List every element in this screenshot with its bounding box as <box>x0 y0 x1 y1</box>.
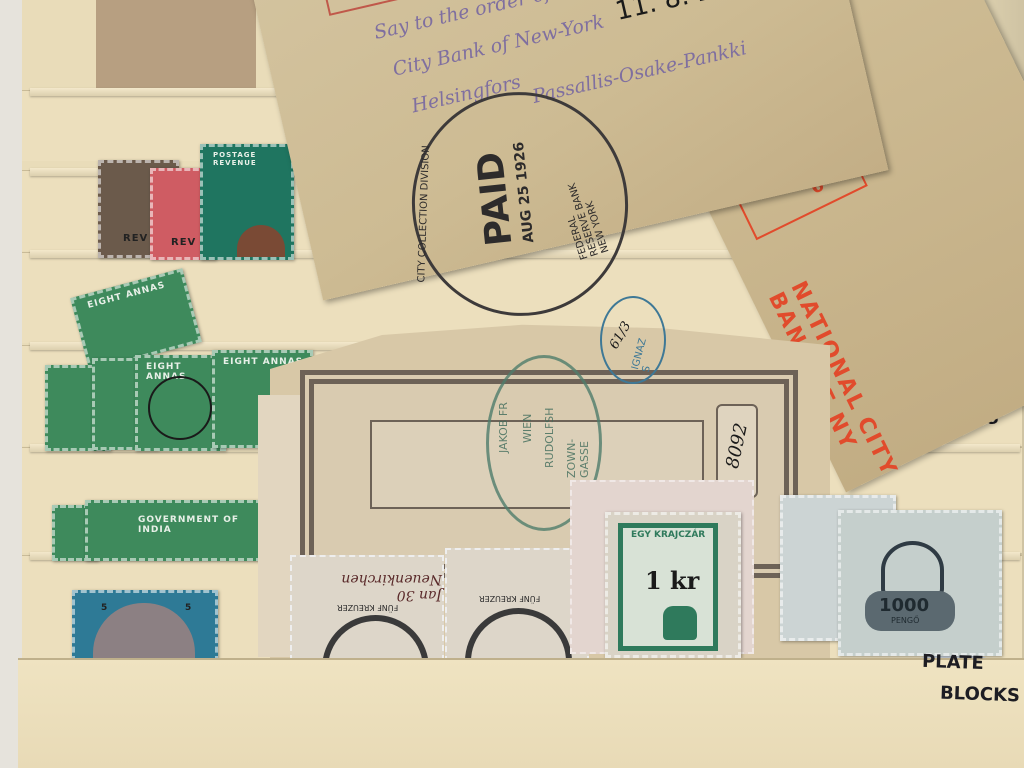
ignaz-oval-stamp: IGNAZ S 61/3 <box>600 296 666 384</box>
india-revenue-stamp-green: POSTAGE REVENUE <box>200 144 294 260</box>
india-stamp-strip: GOVERNMENT OF INDIA <box>85 500 271 561</box>
kreuzer-stamp: FÜNF KREUZER <box>445 548 589 662</box>
stamp-medallion <box>237 225 285 257</box>
crown-arms <box>663 606 697 640</box>
plate-label: PLATE <box>922 651 984 674</box>
postmark <box>148 376 212 440</box>
stamp-portrait <box>93 603 195 659</box>
value-cartouche: 1000 PENGŐ <box>865 591 955 631</box>
hungary-1000-pengo-stamp: 1000 PENGŐ <box>838 510 1002 656</box>
kreuzer-stamp: FÜNF KREUZER Jan 30 Neuenkirchen <box>290 555 444 661</box>
bottom-pocket <box>18 658 1024 768</box>
hungary-1kr-stamp: EGY KRAJCZÁR 1 kr <box>605 512 741 658</box>
blocks-label: BLOCKS <box>940 683 1021 707</box>
check-date: 11. 8. 26 <box>613 0 733 27</box>
brown-card <box>96 0 256 92</box>
blue-frame-stamp: 5 5 <box>72 590 218 662</box>
stamp-frame: EGY KRAJCZÁR 1 kr <box>618 523 718 651</box>
